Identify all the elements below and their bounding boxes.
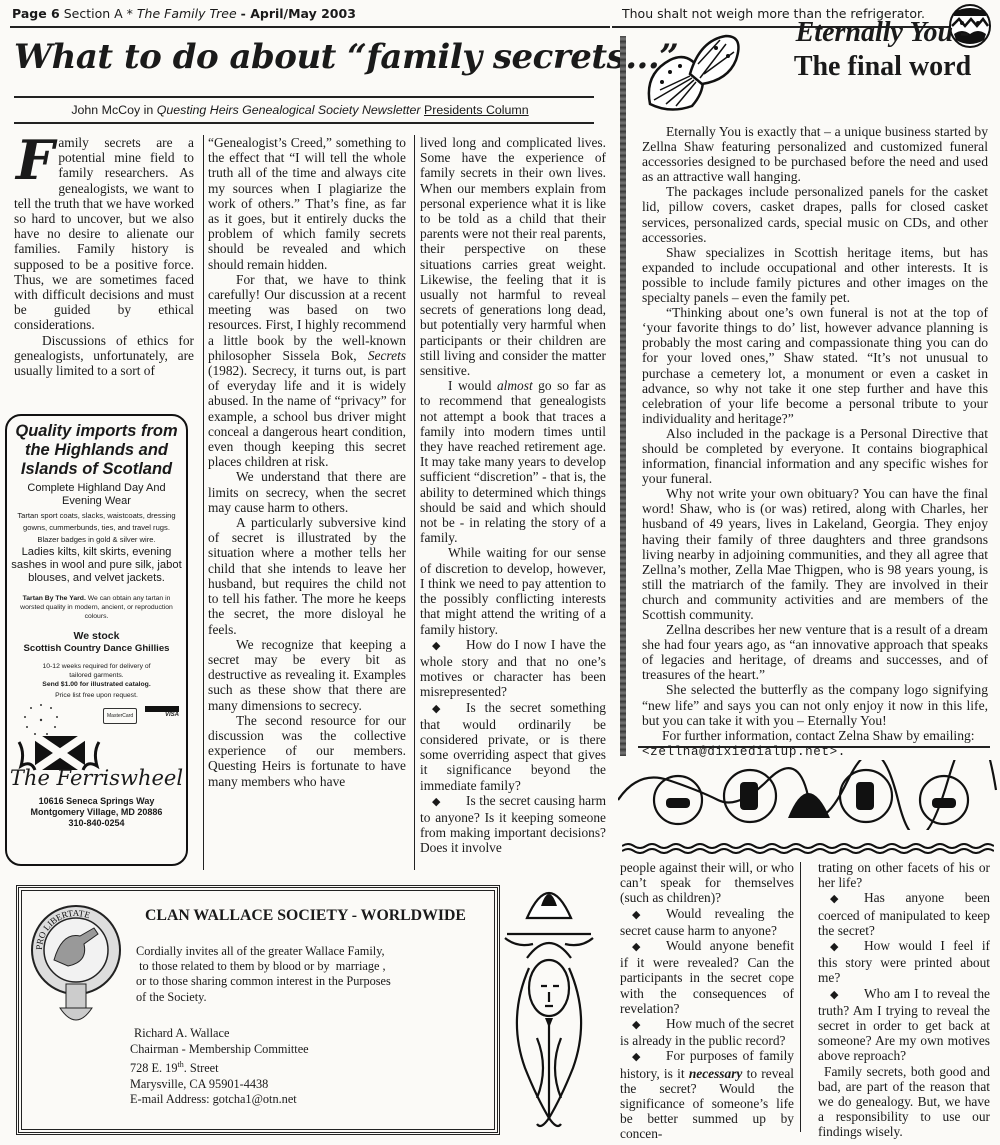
ad-headline: Quality imports from the Highlands and I… (7, 422, 186, 479)
contact-email[interactable]: E-mail Address: gotcha1@otn.net (130, 1092, 430, 1108)
column-divider (800, 862, 801, 1132)
diamond-bullet-icon: ◆ (818, 892, 864, 907)
section-label: Section A * (64, 6, 133, 21)
contact-name: Richard A. Wallace (130, 1026, 430, 1042)
article-column-5: trating on other facets of his or her li… (818, 860, 990, 1140)
question-bullet: ◆How much of the secret is already in th… (620, 1016, 794, 1048)
diamond-bullet-icon: ◆ (420, 639, 466, 654)
diamond-bullet-icon: ◆ (420, 795, 466, 810)
clan-invitation-text: Cordially invites all of the greater Wal… (136, 944, 476, 1005)
eternally-you-title: Eternally You - The final word (770, 16, 995, 84)
drop-cap: F (16, 137, 54, 183)
article-end-rule (638, 746, 990, 748)
diamond-bullet-icon: ◆ (420, 702, 466, 717)
clan-crest-badge-icon: PRO LIBERTATE (28, 902, 124, 1032)
byline-rule (14, 122, 594, 124)
eternally-you-article: Eternally You is exactly that – a unique… (642, 124, 988, 760)
diamond-bullet-icon: ◆ (620, 940, 666, 955)
question-bullet: ◆Is the secret causing harm to anyone? I… (420, 793, 606, 856)
issue-date: - April/May 2003 (241, 6, 356, 21)
contact-street: 728 E. 19th. Street (130, 1057, 430, 1077)
mastercard-icon: MasterCard (103, 708, 137, 724)
diamond-bullet-icon: ◆ (818, 988, 864, 1003)
diamond-bullet-icon: ◆ (620, 1018, 666, 1033)
article-column-4: people against their will, or who can’t … (620, 860, 794, 1142)
ferriswheel-advertisement: Quality imports from the Highlands and I… (5, 414, 188, 866)
question-bullet: ◆For purposes of family history, is it n… (620, 1048, 794, 1141)
clan-wallace-title: CLAN WALLACE SOCIETY - WORLDWIDE (145, 907, 466, 925)
question-bullet: ◆Would revealing the secret cause harm t… (620, 906, 794, 938)
article-column-3: lived long and complicated lives. Some h… (420, 135, 606, 856)
visa-icon: VISA (145, 706, 179, 724)
page-number: Page 6 (12, 6, 60, 21)
question-bullet: ◆Who am I to reveal the truth? Am I tryi… (818, 986, 990, 1064)
butterfly-logo-icon (640, 34, 750, 112)
column-divider (203, 135, 204, 870)
clan-contact-block: Richard A. Wallace Chairman - Membership… (130, 1026, 430, 1108)
article-column-1: Family secrets are a potential mine fiel… (14, 135, 194, 378)
headline-rule (14, 96, 594, 98)
question-bullet: ◆Is the secret something that would ordi… (420, 700, 606, 793)
byline-source: Questing Heirs Genealogical Society News… (157, 103, 421, 117)
header-rule-left (10, 26, 610, 28)
column-divider (414, 135, 415, 870)
wavy-divider (622, 842, 994, 854)
article-column-2: “Genealogist’s Creed,” something to the … (208, 135, 406, 789)
diamond-bullet-icon: ◆ (620, 1050, 666, 1065)
diamond-bullet-icon: ◆ (818, 940, 864, 955)
stars-circle-icon (21, 702, 61, 738)
byline-column: Presidents Column (424, 103, 529, 117)
question-bullet: ◆Would anyone benefit if it were reveale… (620, 938, 794, 1016)
question-bullet: ◆Has anyone been coerced of manipulated … (818, 890, 990, 938)
article-headline: What to do about “family secrets...” (14, 37, 574, 77)
diamond-bullet-icon: ◆ (620, 908, 666, 923)
ornamental-scroll-border (618, 760, 998, 830)
publication-name: The Family Tree (137, 6, 237, 21)
contact-role: Chairman - Membership Committee (130, 1042, 430, 1058)
question-bullet: ◆How do I now I have the whole story and… (420, 637, 606, 700)
ad-phone: 310-840-0254 (7, 818, 186, 829)
question-bullet: ◆How would I feel if this story were pri… (818, 938, 990, 986)
art-nouveau-woman-ornament (497, 868, 601, 1138)
article-byline: John McCoy in Questing Heirs Genealogica… (0, 103, 600, 117)
contact-city: Marysville, CA 95901-4438 (130, 1077, 430, 1093)
page-header-left: Page 6 Section A * The Family Tree - Apr… (12, 6, 356, 21)
decorative-side-bar (620, 36, 626, 756)
ferriswheel-logo: The Ferriswheel (7, 766, 186, 790)
